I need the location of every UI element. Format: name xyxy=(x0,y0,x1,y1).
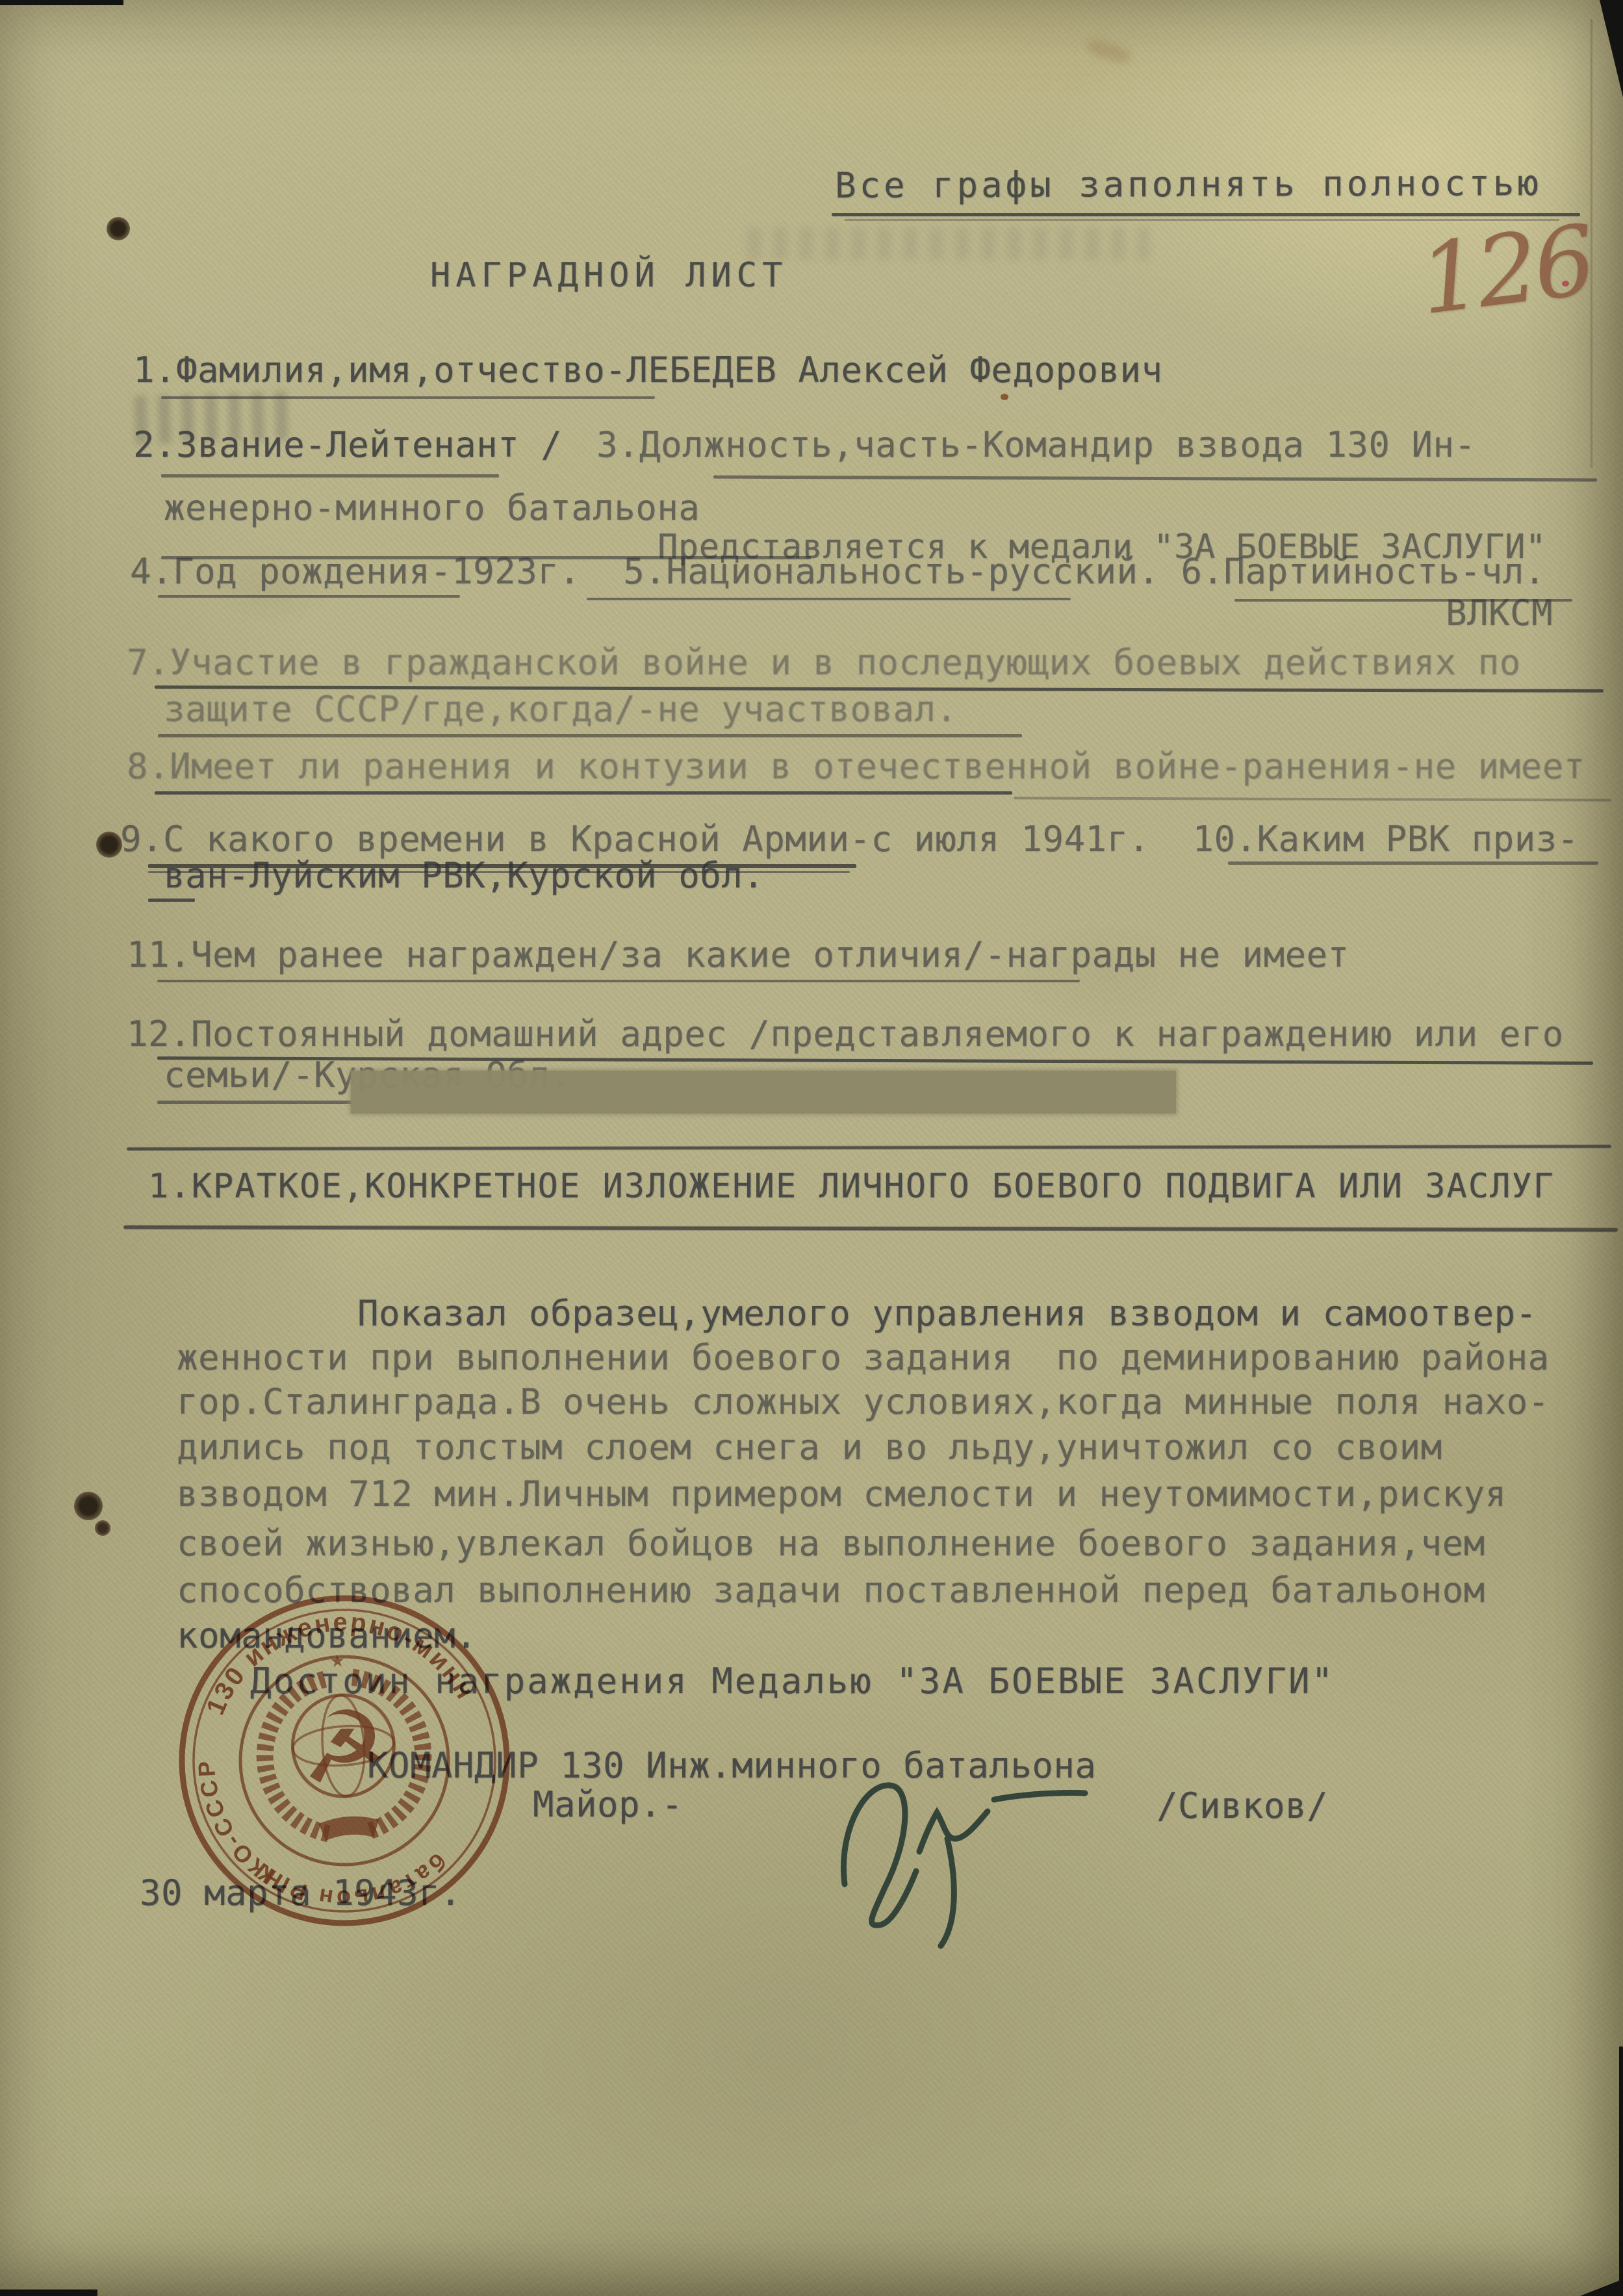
underline xyxy=(161,474,499,478)
hammer-sickle-icon: ☭ xyxy=(296,1689,390,1807)
underline xyxy=(832,213,1580,216)
handwritten-signature xyxy=(799,1754,1137,1962)
rank-line: Майор.- xyxy=(533,1784,683,1825)
scan-edge xyxy=(1619,2047,1623,2296)
field-wounds: 8.Имеет ли ранения и контузии в отечеств… xyxy=(127,746,1585,787)
underline xyxy=(158,595,460,598)
field-civil-war: 7.Участие в гражданской войне и в послед… xyxy=(127,642,1521,683)
field-party-value: ВЛКСМ xyxy=(1446,593,1553,633)
underline xyxy=(155,791,1012,795)
faint-overprint xyxy=(747,227,1150,260)
field-drafted-by: ван-Луйским РВК,Курской обл. xyxy=(164,855,764,896)
field-previous-awards: 11.Чем ранее награжден/за какие отличия/… xyxy=(127,934,1349,975)
paper-hole xyxy=(107,217,130,240)
paper-hole xyxy=(95,1520,110,1536)
underline xyxy=(148,899,195,902)
citation-line: гор.Сталинграда.В очень сложных условиях… xyxy=(177,1381,1550,1422)
underline xyxy=(157,1101,352,1104)
field-position-unit: 3.Должность,часть-Командир взвода 130 Ин… xyxy=(596,424,1476,465)
field-home-address: 12.Постоянный домашний адрес /представля… xyxy=(127,1014,1564,1054)
underline xyxy=(161,396,655,399)
paper-hole xyxy=(74,1492,103,1520)
ink-speck xyxy=(1001,394,1008,400)
unit-round-stamp: 130 инженерно-минный НКО-СССР батальон Р… xyxy=(147,1563,542,1958)
citation-line: взводом 712 мин.Личным примером смелости… xyxy=(177,1473,1507,1514)
citation-line: своей жизнью,увлекал бойцов на выполнени… xyxy=(177,1523,1485,1564)
citation-line: женности при выполнении боевого задания … xyxy=(177,1337,1550,1378)
page-number: 126 xyxy=(1414,205,1598,337)
document-scan: Все графы заполнять полностью 126 НАГРАД… xyxy=(0,0,1623,2296)
fold-line xyxy=(1591,19,1592,468)
scan-edge xyxy=(0,2290,97,2296)
signer-name: /Сивков/ xyxy=(1157,1785,1328,1826)
section-heading: 1.КРАТКОЕ,КОНКРЕТНОЕ ИЗЛОЖЕНИЕ ЛИЧНОГО Б… xyxy=(148,1167,1555,1206)
field-civil-war-cont: защите СССР/где,когда/-не участвовал. xyxy=(164,689,957,730)
field-position-unit-cont: женерно-минного батальона xyxy=(164,487,700,528)
field-birth-nationality-party: 4.Год рождения-1923г. 5.Национальность-р… xyxy=(130,551,1546,592)
paper-hole xyxy=(96,832,122,858)
scan-edge xyxy=(0,0,123,5)
fill-all-fields-note: Все графы заполнять полностью xyxy=(835,162,1542,206)
underline xyxy=(157,980,1080,982)
citation-line: Показал образец,умелого управления взвод… xyxy=(357,1293,1537,1334)
document-title: НАГРАДНОЙ ЛИСТ xyxy=(430,256,787,295)
underline xyxy=(587,598,1071,600)
field-rank: 2.Звание-Лейтенант / xyxy=(133,424,562,465)
star-icon: ★ xyxy=(329,1652,346,1672)
underline xyxy=(1228,861,1598,865)
field-name-surname: 1.Фамилия,имя,отчество-ЛЕБЕДЕВ Алексей Ф… xyxy=(133,350,1163,390)
field-service-since: 9.С какого времени в Красной Армии-с июл… xyxy=(120,819,1579,860)
citation-line: дились под толстым слоем снега и во льду… xyxy=(177,1427,1442,1468)
redaction-box xyxy=(351,1071,1176,1114)
underline xyxy=(158,734,1022,737)
